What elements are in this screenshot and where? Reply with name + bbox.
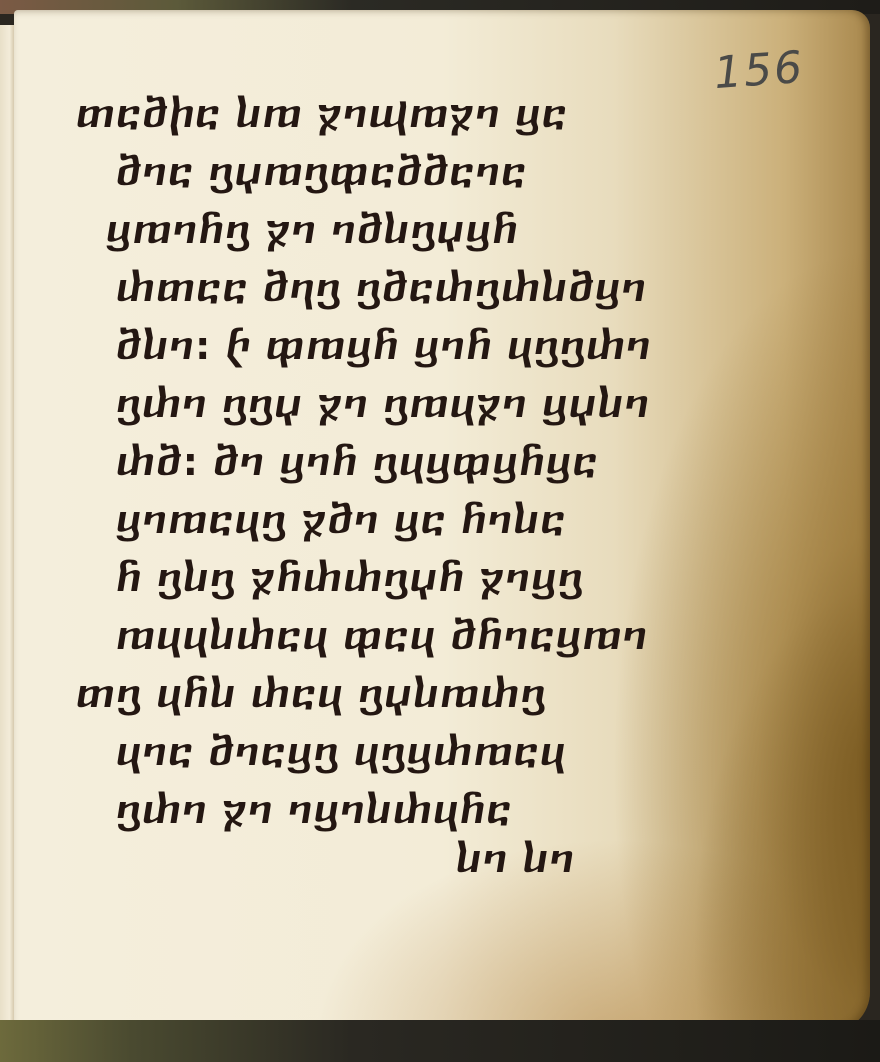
text-line: ⴁⴈⴊⴀⴗⴂ ⴟⴋⴈ ⴁⴀ ⴌⴈⴑⴀ <box>116 498 567 542</box>
text-line: ⴊⴗⴗⴑⴐⴀⴗ ⴔⴀⴗ ⴋⴌⴈⴀⴁⴊⴈ <box>116 614 648 658</box>
text-line: ⴌ ⴂⴑⴂ ⴟⴌⴐⴐⴂⴤⴌ ⴟⴈⴁⴂ <box>116 556 584 600</box>
text-line: ⴂⴐⴈ ⴂⴂⴤ ⴟⴈ ⴂⴊⴗⴟⴈ ⴁⴤⴑⴈ <box>116 382 650 426</box>
text-line: ⴁⴊⴈⴌⴂ ⴟⴈ ⴈⴋⴑⴂⴤⴁⴌ <box>106 208 519 252</box>
text-line: ⴇⴀⴋⴙⴀ ⴑⴊ ⴟⴈⴓⴊⴟⴈ ⴁⴀ <box>76 92 568 136</box>
text-line: ⴇⴂ ⴗⴌⴑ ⴐⴀⴗ ⴂⴤⴑⴊⴐⴂ <box>76 672 547 716</box>
text-line: ⴋⴈⴀ ⴂⴤⴊⴂⴔⴀⴋⴋⴀⴈⴀ <box>116 150 527 194</box>
text-line: ⴑⴈ ⴑⴈ <box>456 837 575 881</box>
text-line: ⴂⴐⴈ ⴟⴈ ⴈⴁⴈⴑⴐⴗⴌⴀ <box>116 788 513 832</box>
text-line: ⴐⴇⴀⴀ ⴋⴄⴂ ⴂⴋⴀⴐⴂⴐⴑⴋⴁⴈ <box>116 266 647 310</box>
manuscript-page: 156 ⴇⴀⴋⴙⴀ ⴑⴊ ⴟⴈⴓⴊⴟⴈ ⴁⴀ ⴋⴈⴀ ⴂⴤⴊⴂⴔⴀⴋⴋⴀⴈⴀ ⴁ… <box>14 10 870 1032</box>
text-line: ⴐⴋ: ⴋⴈ ⴁⴈⴌ ⴂⴗⴁⴔⴁⴌⴁⴀ <box>116 440 599 484</box>
text-line: ⴗⴈⴀ ⴋⴈⴀⴁⴂ ⴗⴂⴁⴐⴊⴀⴗ <box>116 730 567 774</box>
book-binding-bottom <box>0 1020 880 1062</box>
folio-number: 156 <box>712 42 805 99</box>
text-line: ⴋⴑⴈ: ⴡ ⴔⴊⴁⴌ ⴁⴈⴌ ⴗⴂⴂⴐⴈ <box>116 324 652 368</box>
